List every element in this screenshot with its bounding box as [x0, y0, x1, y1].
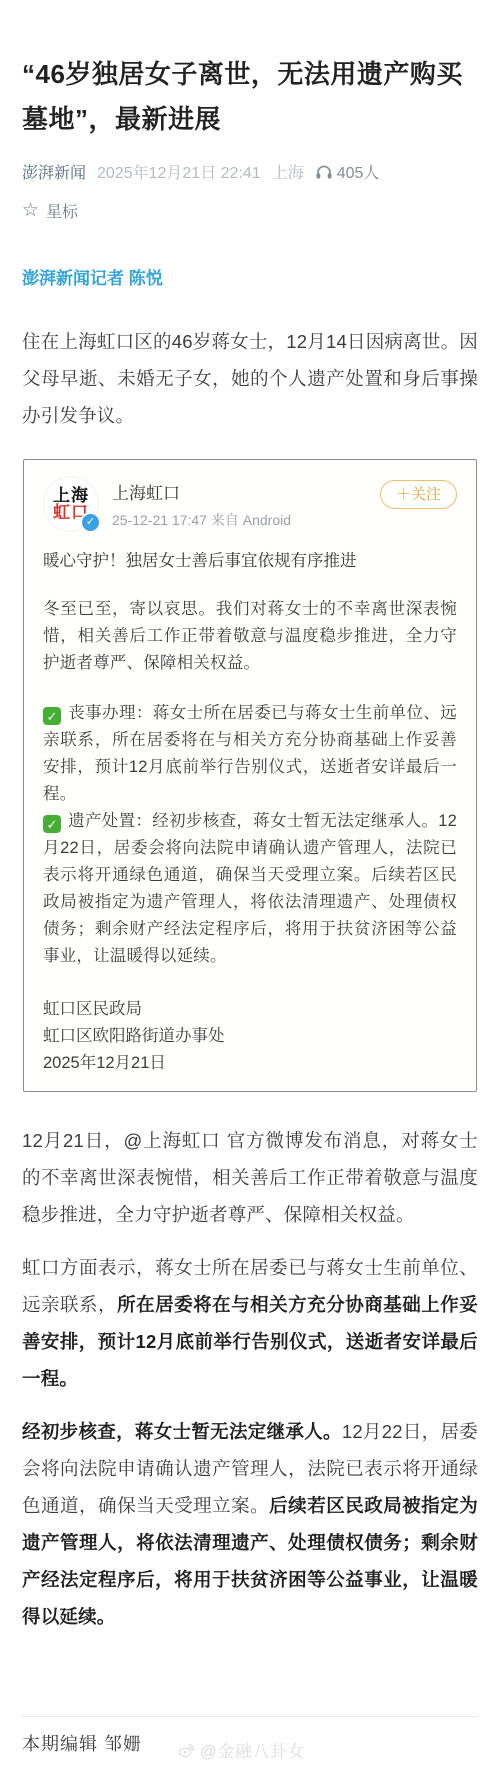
watermark-weibo-icon — [178, 1743, 195, 1758]
signature-line: 2025年12月21日 — [43, 1050, 457, 1077]
article-paragraph: 虹口方面表示，蒋女士所在居委已与蒋女士生前单位、远亲联系，所在居委将在与相关方充… — [22, 1249, 478, 1397]
weibo-post-title: 暖心守护！独居女士善后事宜依规有序推进 — [43, 548, 457, 575]
listen-count: 405人 — [337, 160, 380, 183]
star-button[interactable]: ☆ 星标 — [22, 199, 478, 222]
article-paragraph: 经初步核查，蒋女士暂无法定继承人。12月22日，居委会将向法院申请确认遗产管理人… — [22, 1413, 478, 1635]
footer-divider — [22, 1716, 478, 1717]
publish-location: 上海 — [272, 160, 304, 183]
check-icon: ✓ — [43, 815, 61, 833]
avatar-text-top: 上海 — [53, 487, 89, 504]
article-title: “46岁独居女子离世，无法用遗产购买墓地”，最新进展 — [22, 0, 478, 142]
signature-line: 虹口区民政局 — [43, 996, 457, 1023]
article-paragraph: 住在上海虹口区的46岁蒋女士，12月14日因病离世。因父母早逝、未婚无子女，她的… — [22, 323, 478, 434]
source-link[interactable]: 澎湃新闻 — [22, 160, 86, 183]
weibo-via: 来自 Android — [211, 512, 291, 528]
star-label: 星标 — [46, 199, 78, 222]
weibo-card: 上海 虹口 ✓ 上海虹口 25-12-21 17:47 来自 Android ＋… — [23, 459, 477, 1092]
weibo-signature: 虹口区民政局 虹口区欧阳路街道办事处 2025年12月21日 — [43, 996, 457, 1077]
article-page: “46岁独居女子离世，无法用遗产购买墓地”，最新进展 澎湃新闻 2025年12月… — [0, 0, 500, 1774]
weibo-paragraph: ✓遗产处置：经初步核查，蒋女士暂无法定继承人。12月22日，居委会将向法院申请确… — [43, 808, 457, 970]
reporter-link[interactable]: 澎湃新闻记者 陈悦 — [22, 264, 478, 289]
watermark: @金融八卦女 — [178, 1738, 305, 1762]
check-icon: ✓ — [43, 707, 61, 725]
verified-badge-icon: ✓ — [80, 512, 101, 533]
weibo-card-header: 上海 虹口 ✓ 上海虹口 25-12-21 17:47 来自 Android ＋… — [43, 476, 457, 532]
watermark-text: @金融八卦女 — [200, 1738, 305, 1762]
weibo-username[interactable]: 上海虹口 — [112, 479, 380, 504]
article-paragraph: 12月21日，@上海虹口 官方微博发布消息，对蒋女士的不幸离世深表惋惜，相关善后… — [22, 1122, 478, 1233]
weibo-paragraph: ✓丧事办理：蒋女士所在居委已与蒋女士生前单位、远亲联系，所在居委将在与相关方充分… — [43, 700, 457, 808]
publish-datetime: 2025年12月21日 22:41 — [97, 160, 261, 183]
signature-line: 虹口区欧阳路街道办事处 — [43, 1023, 457, 1050]
star-icon: ☆ — [22, 201, 39, 220]
follow-button[interactable]: ＋关注 — [380, 480, 457, 509]
headphones-icon — [315, 164, 333, 180]
weibo-avatar[interactable]: 上海 虹口 ✓ — [43, 476, 99, 532]
weibo-user-info: 上海虹口 25-12-21 17:47 来自 Android — [112, 476, 380, 530]
weibo-timestamp: 25-12-21 17:47 — [112, 512, 207, 528]
weibo-post-meta: 25-12-21 17:47 来自 Android — [112, 510, 380, 530]
listen-button[interactable]: 405人 — [315, 160, 380, 183]
meta-row: 澎湃新闻 2025年12月21日 22:41 上海 405人 — [22, 160, 478, 183]
weibo-paragraph: 冬至已至，寄以哀思。我们对蒋女士的不幸离世深表惋惜，相关善后工作正带着敬意与温度… — [43, 596, 457, 677]
